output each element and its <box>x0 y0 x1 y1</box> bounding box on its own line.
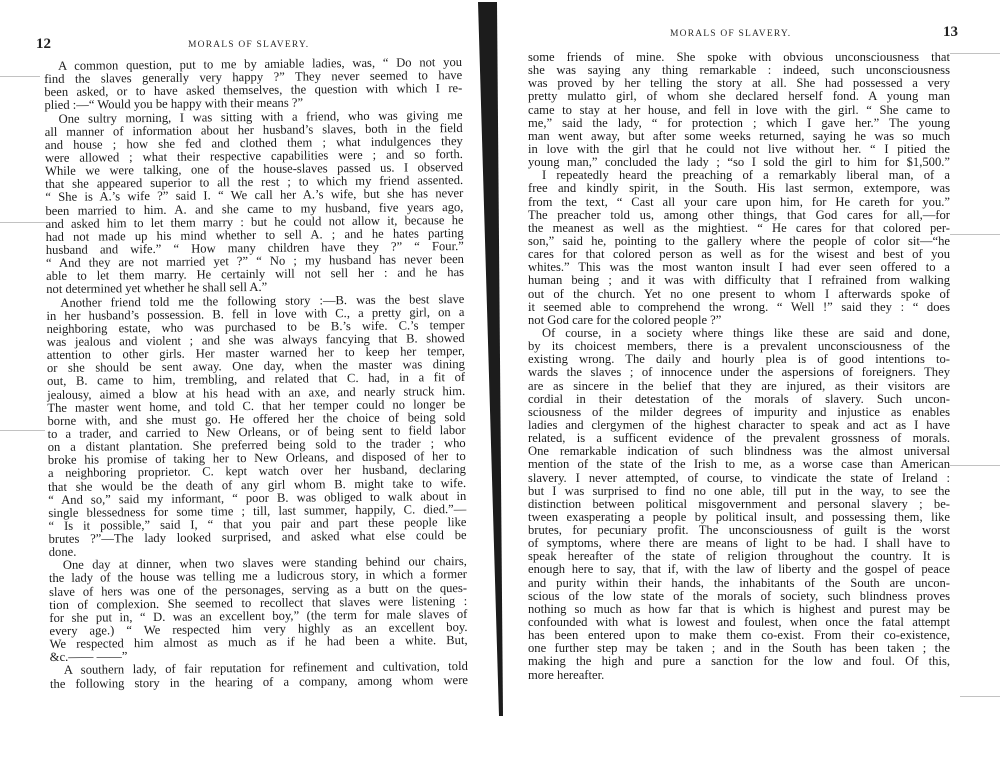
page-body-text: A common question, put to me by amiable … <box>44 56 468 691</box>
text-line: The preacher told us, among other things… <box>528 209 950 222</box>
text-line: the following story in the hearing of a … <box>50 674 468 691</box>
text-line: it seemed able to comprehend the wrong. … <box>528 301 950 314</box>
scan-artifact-line <box>950 234 1000 235</box>
text-line: distinction between political misgovernm… <box>528 498 950 511</box>
page-body-text: some friends of mine. She spoke with obv… <box>528 51 950 682</box>
scan-artifact-line <box>950 53 1000 54</box>
text-line: from the text, “ Cast all your care upon… <box>528 196 950 209</box>
text-line: free and kindly spirit, in the South. Hi… <box>528 182 950 195</box>
text-line: pretty mulatto girl, of whom she declare… <box>528 90 950 103</box>
text-line: but I was surprised to find no one able,… <box>528 485 950 498</box>
text-line: me,” said the lady, “ for protection ; w… <box>528 117 950 130</box>
scan-artifact-line <box>950 465 1000 466</box>
scan-artifact-line <box>0 76 40 77</box>
text-line: enough here to say, that if, with the la… <box>528 563 950 576</box>
text-line: are as sincere in the belief that they a… <box>528 380 950 393</box>
scan-artifact-line <box>960 696 1000 697</box>
text-line: man went away, but after some weeks retu… <box>528 130 950 143</box>
text-line: sciousness of the milder degrees of impu… <box>528 406 950 419</box>
left-page: 12 MORALS OF SLAVERY. A common question,… <box>0 0 480 759</box>
text-line: not God care for the colored people ?” <box>528 314 950 327</box>
scan-artifact-line <box>0 222 50 223</box>
text-line: out of the church. Yet no one present to… <box>528 288 950 301</box>
text-line: human being ; and it was with difficulty… <box>528 274 950 287</box>
text-line: making the high and pure a sanction for … <box>528 655 950 668</box>
page-number: 12 <box>36 36 51 53</box>
scan-artifact-line <box>0 430 45 431</box>
text-line: slavery. I never attempted, of course, t… <box>528 472 950 485</box>
text-line: more hereafter. <box>528 669 950 682</box>
text-line: mention of the state of the Irish to me,… <box>528 458 950 471</box>
text-line: and purity within their hands, the inhab… <box>528 577 950 590</box>
text-line: scious of the low state of the morals of… <box>528 590 950 603</box>
running-head: MORALS OF SLAVERY. <box>670 29 791 39</box>
text-line: the meanest as well as the mightiest. “ … <box>528 222 950 235</box>
page-number: 13 <box>943 24 958 41</box>
right-page: MORALS OF SLAVERY. 13 some friends of mi… <box>505 0 1000 759</box>
running-head: MORALS OF SLAVERY. <box>188 40 309 50</box>
text-line: cordial in their detestation of the mora… <box>528 393 950 406</box>
text-line: came to stay at her house, and fell in l… <box>528 104 950 117</box>
text-line: wards the slaves ; of innocence under th… <box>528 366 950 379</box>
